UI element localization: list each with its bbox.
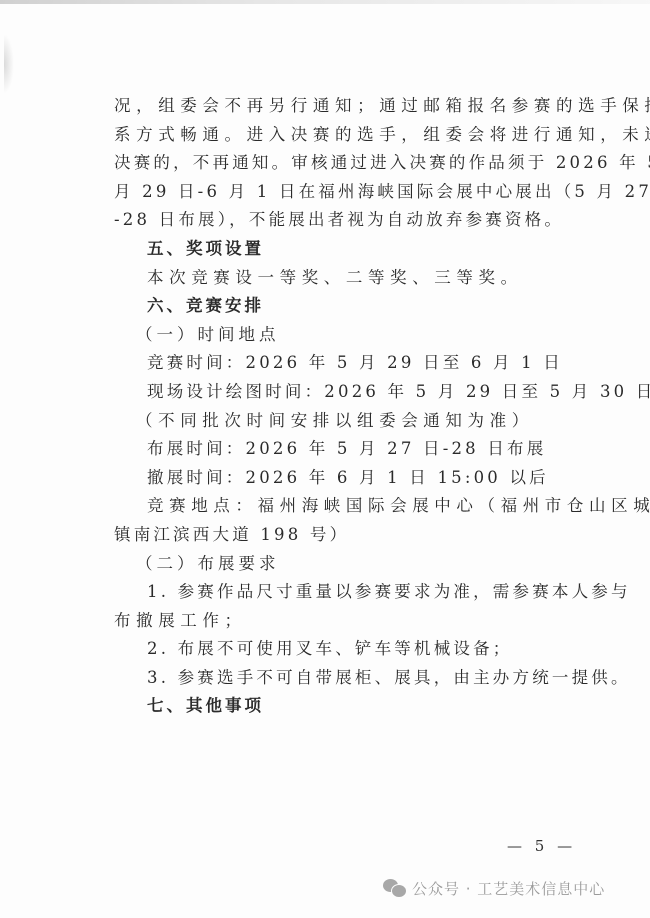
section-heading-other: 七、其他事项 bbox=[114, 692, 559, 721]
text-line: 本次竞赛设一等奖、二等奖、三等奖。 bbox=[114, 264, 559, 293]
text-line: 系方式畅通。进入决赛的选手，组委会将进行通知，未进入 bbox=[114, 121, 559, 150]
text-line: 况，组委会不再另行通知；通过邮箱报名参赛的选手保持联 bbox=[114, 92, 559, 121]
text-line: 镇南江滨西大道 198 号） bbox=[114, 521, 559, 550]
subsection-heading-setup-requirements: （二）布展要求 bbox=[114, 550, 559, 579]
text-line: （不同批次时间安排以组委会通知为准） bbox=[114, 407, 559, 436]
text-line: 撤展时间：2026 年 6 月 1 日 15:00 以后 bbox=[114, 464, 559, 493]
text-line: 布展时间：2026 年 5 月 27 日-28 日布展 bbox=[114, 435, 559, 464]
text-line: 竞赛时间：2026 年 5 月 29 日至 6 月 1 日 bbox=[114, 349, 559, 378]
text-line: 月 29 日-6 月 1 日在福州海峡国际会展中心展出（5 月 27 日 bbox=[114, 178, 559, 207]
document-body: 况，组委会不再另行通知；通过邮箱报名参赛的选手保持联 系方式畅通。进入决赛的选手… bbox=[114, 92, 559, 721]
text-line: 竞赛地点：福州海峡国际会展中心（福州市仓山区城门 bbox=[114, 492, 559, 521]
text-line: 布撤展工作； bbox=[114, 607, 559, 636]
text-line: 3. 参赛选手不可自带展柜、展具，由主办方统一提供。 bbox=[114, 664, 559, 693]
section-heading-arrangement: 六、竞赛安排 bbox=[114, 292, 559, 321]
text-line: 决赛的，不再通知。审核通过进入决赛的作品须于 2026 年 5 bbox=[114, 149, 559, 178]
section-heading-awards: 五、奖项设置 bbox=[114, 235, 559, 264]
text-line: 2. 布展不可使用叉车、铲车等机械设备； bbox=[114, 635, 559, 664]
page-edge-shadow bbox=[0, 0, 650, 4]
footer-label: 公众号 · 工艺美术信息中心 bbox=[412, 878, 605, 899]
wechat-footer[interactable]: 公众号 · 工艺美术信息中心 bbox=[383, 873, 605, 903]
wechat-icon bbox=[383, 878, 407, 898]
scan-mark bbox=[4, 34, 14, 94]
subsection-heading-time-place: （一）时间地点 bbox=[114, 321, 559, 350]
text-line: 现场设计绘图时间：2026 年 5 月 29 日至 5 月 30 日 bbox=[114, 378, 559, 407]
text-line: 1. 参赛作品尺寸重量以参赛要求为准，需参赛本人参与 bbox=[114, 578, 559, 607]
page-number: — 5 — bbox=[507, 837, 576, 855]
text-line: -28 日布展），不能展出者视为自动放弃参赛资格。 bbox=[114, 206, 559, 235]
